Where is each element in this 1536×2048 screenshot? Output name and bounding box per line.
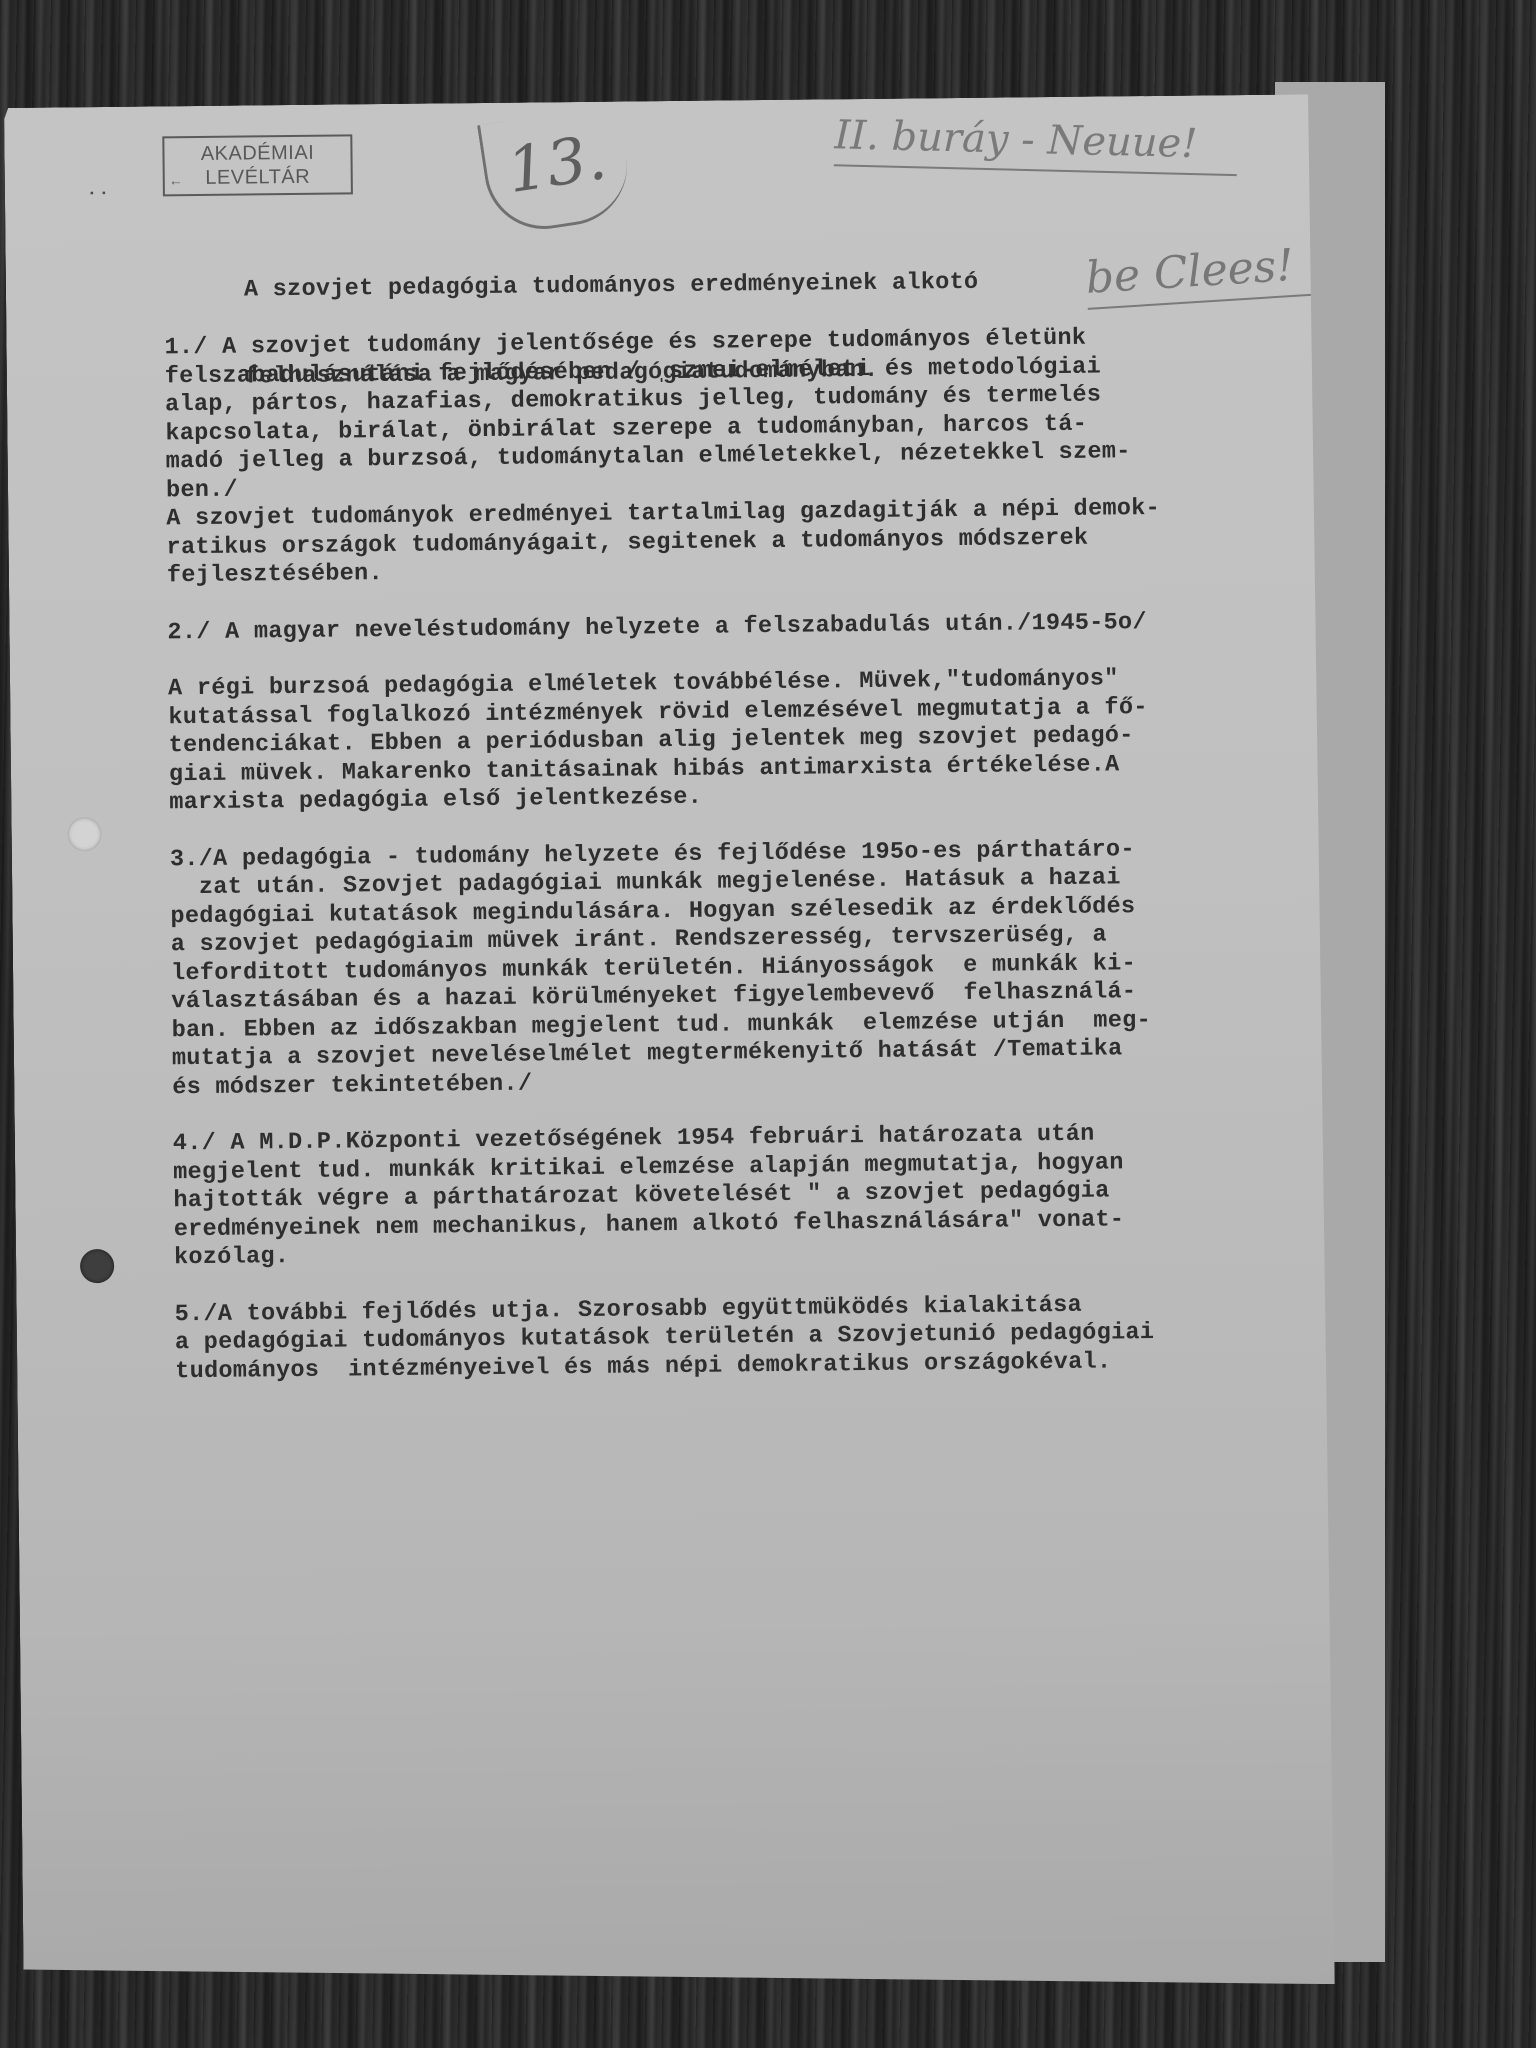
arrow-left-icon: ← [169,168,184,192]
punch-hole [67,817,101,851]
handwritten-note-right: be Clees! [1084,238,1325,310]
handwritten-note-top: II. buráy - Neuue! [834,112,1238,176]
speck-mark: ▪ ▪ [89,189,107,200]
document-page: AKADÉMIAI LEVÉLTÁR ← 13. II. buráy - Neu… [4,94,1404,1998]
section-4: 4./ A M.D.P.Központi vezetőségének 1954 … [173,1118,1324,1273]
section-1: 1./ A szovjet tudomány jelentősége és sz… [164,322,1317,591]
section-2: 2./ A magyar neveléstudomány helyzete a … [167,607,1317,648]
section-5: 5./A további fejlődés utja. Szorosabb eg… [174,1289,1325,1387]
document-body: 1./ A szovjet tudomány jelentősége és sz… [164,322,1325,1414]
section-2-body: A régi burzsoá pedagógia elméletek továb… [168,663,1319,818]
section-3: 3./A pedagógia - tudomány helyzete és fe… [170,834,1323,1103]
archive-stamp: AKADÉMIAI LEVÉLTÁR ← [162,134,353,196]
text-line: 2./ A magyar neveléstudomány helyzete a … [167,607,1317,648]
stamp-line-2: LEVÉLTÁR [165,164,351,190]
punch-hole [80,1249,114,1283]
stamp-line-1: AKADÉMIAI [164,140,350,166]
title-line: A szovjet pedagógia tudományos eredménye… [244,268,979,305]
